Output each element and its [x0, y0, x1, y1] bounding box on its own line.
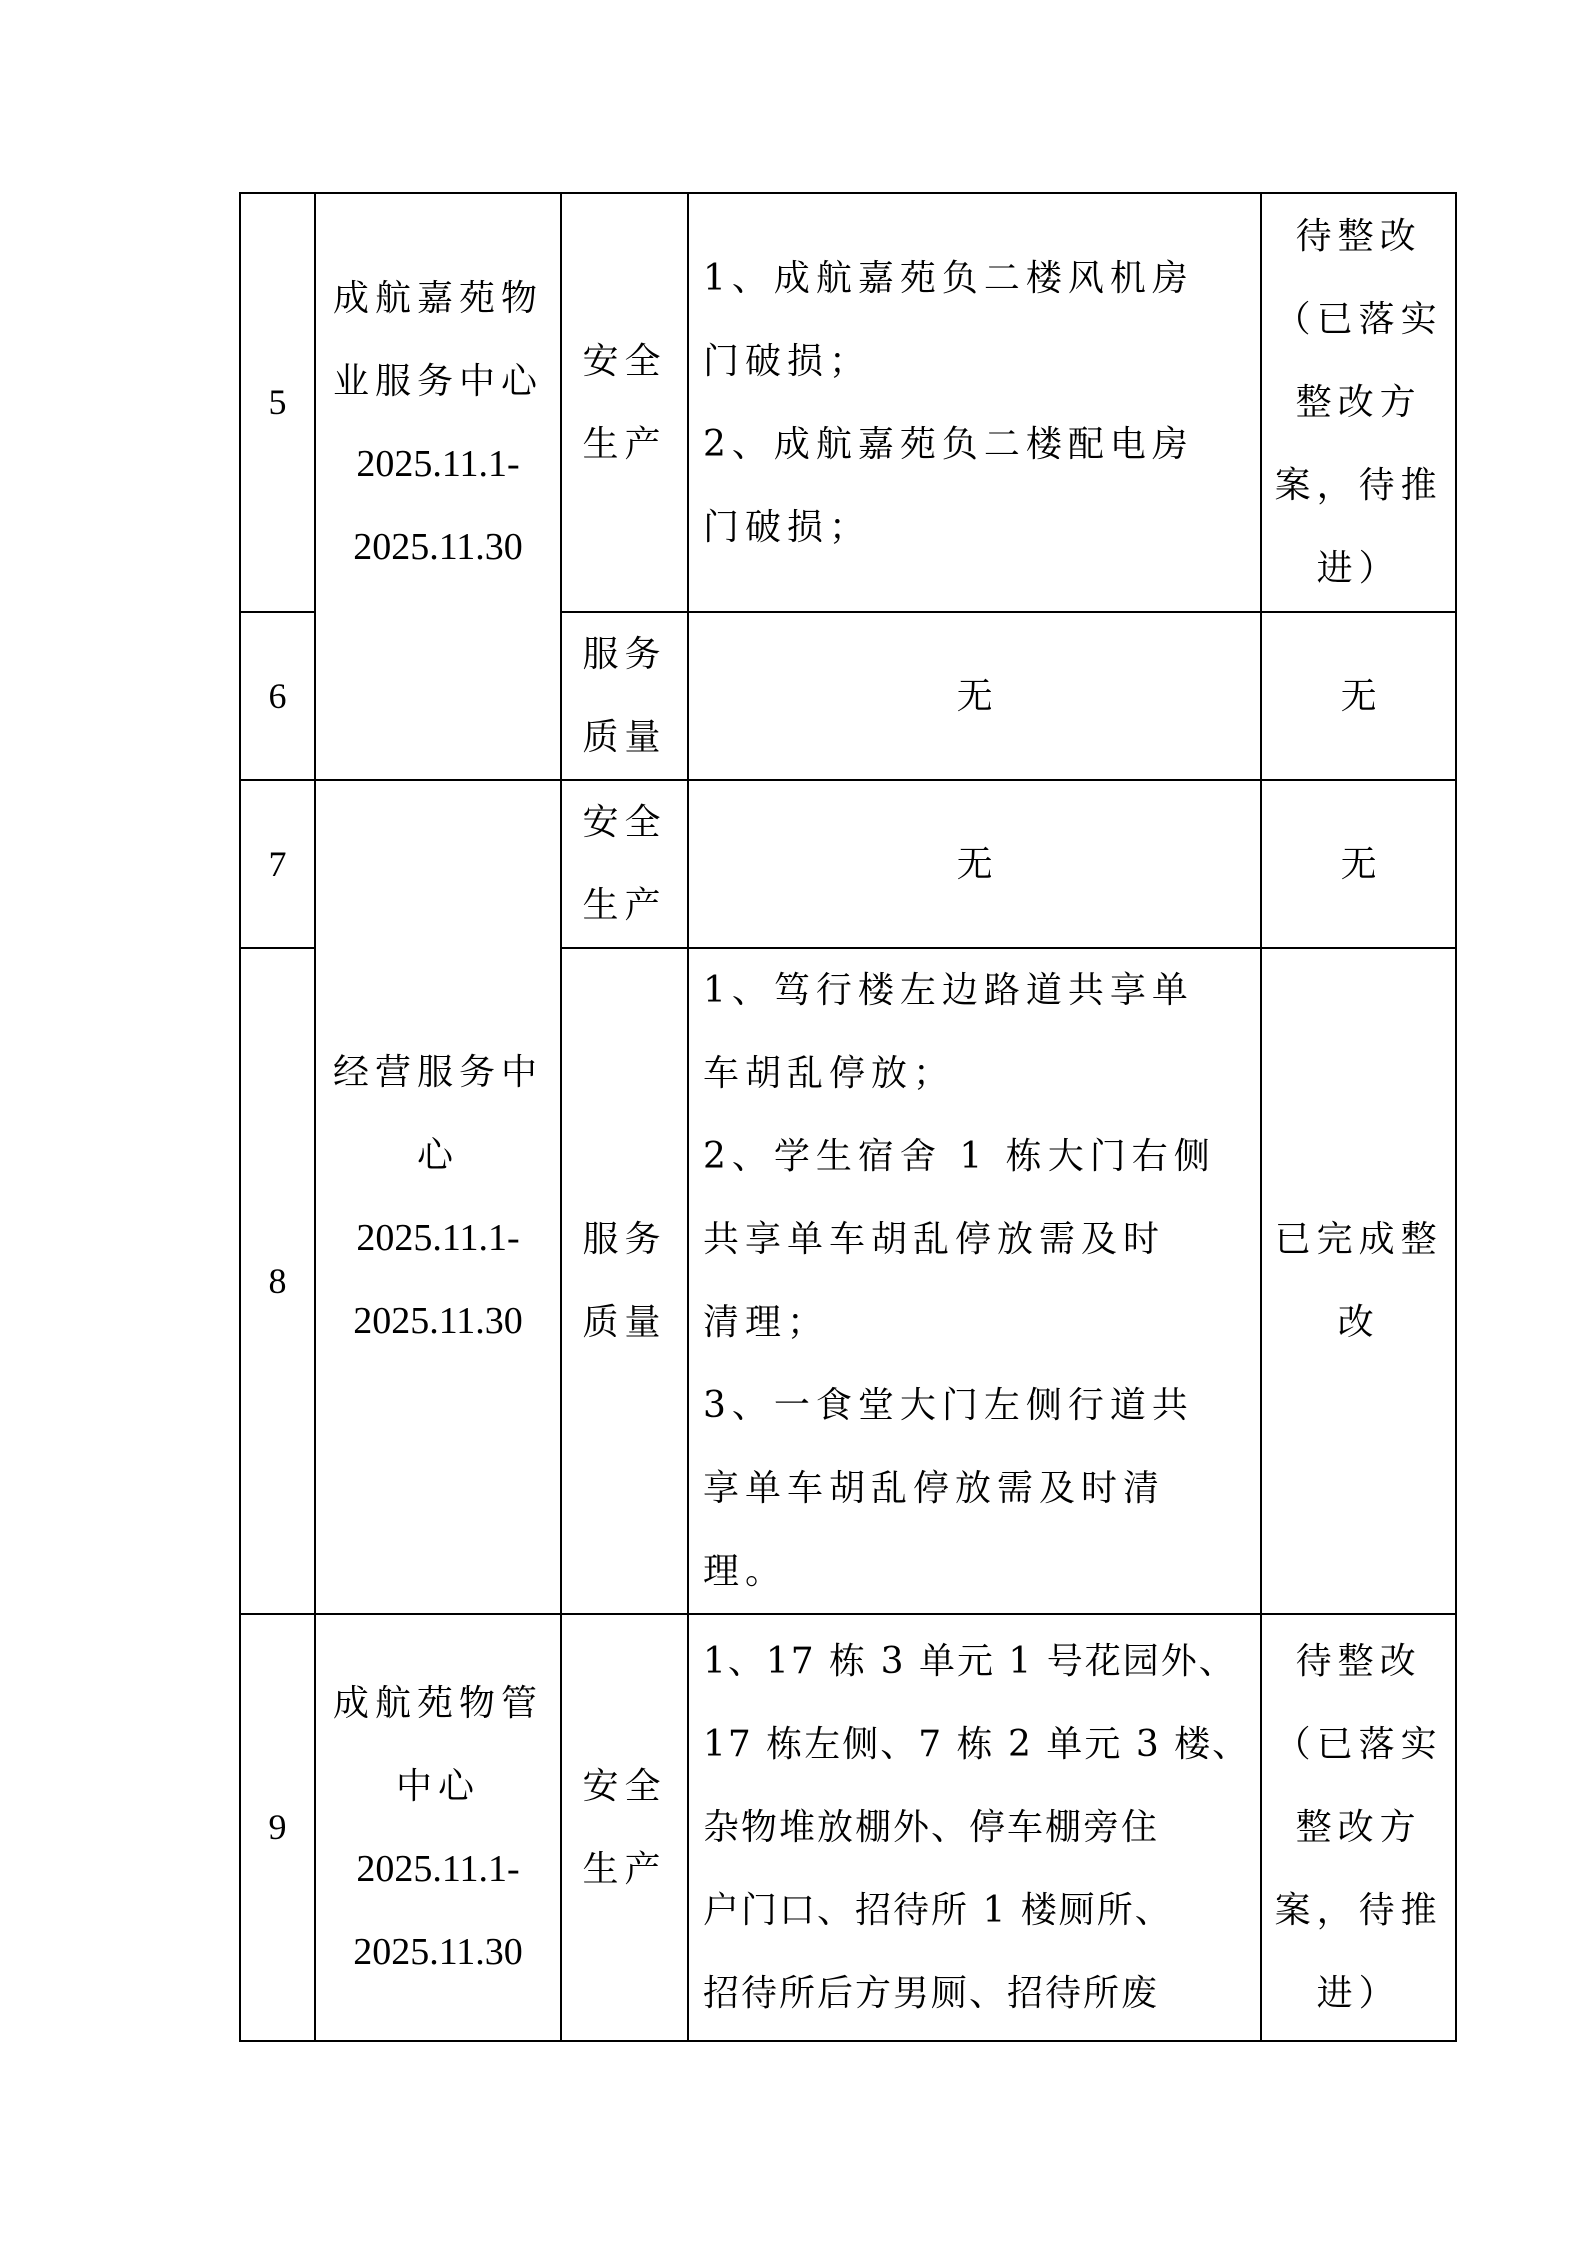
issue-line: 门破损； [703, 486, 1250, 569]
unit-line: 成航嘉苑物 [316, 257, 560, 340]
issue-line: 1、笃行楼左边路道共享单 [703, 949, 1250, 1032]
issue-line: 共享单车胡乱停放需及时 [703, 1198, 1250, 1281]
unit-date-start: 2025.11.1- [316, 423, 560, 506]
unit-cell: 成航苑物管 中心 2025.11.1- 2025.11.30 [315, 1614, 561, 2041]
status-line: 进） [1262, 1952, 1455, 2035]
row-number: 6 [240, 612, 315, 780]
row-number: 8 [240, 948, 315, 1614]
category-line: 安全 [562, 1745, 687, 1828]
table-row-7: 7 经营服务中 心 2025.11.1- 2025.11.30 安全 生产 无 … [240, 780, 1456, 948]
issue-line: 清理； [703, 1281, 1250, 1364]
status-cell: 待整改 （已落实 整改方 案，待推 进） [1261, 193, 1456, 612]
status-cell: 待整改 （已落实 整改方 案，待推 进） [1261, 1614, 1456, 2041]
unit-date-start: 2025.11.1- [316, 1828, 560, 1911]
unit-date-end: 2025.11.30 [316, 1280, 560, 1363]
unit-cell: 经营服务中 心 2025.11.1- 2025.11.30 [315, 780, 561, 1614]
unit-line: 成航苑物管 [316, 1662, 560, 1745]
issue-line: 1、17 栋 3 单元 1 号花园外、 [703, 1620, 1250, 1703]
status-line: 案，待推 [1262, 444, 1455, 527]
category-cell: 服务 质量 [561, 612, 688, 780]
issues-cell: 无 [688, 780, 1261, 948]
issue-line: 17 栋左侧、7 栋 2 单元 3 楼、 [703, 1703, 1250, 1786]
table-row-9: 9 成航苑物管 中心 2025.11.1- 2025.11.30 安全 生产 1… [240, 1614, 1456, 2041]
category-line: 质量 [562, 1281, 687, 1364]
issues-cell: 1、笃行楼左边路道共享单 车胡乱停放； 2、学生宿舍 1 栋大门右侧 共享单车胡… [688, 948, 1261, 1614]
category-line: 安全 [562, 781, 687, 864]
issue-line: 户门口、招待所 1 楼厕所、 [703, 1869, 1250, 1952]
category-cell: 安全 生产 [561, 1614, 688, 2041]
category-line: 服务 [562, 613, 687, 696]
row-number: 9 [240, 1614, 315, 2041]
unit-cell: 成航嘉苑物 业服务中心 2025.11.1- 2025.11.30 [315, 193, 561, 780]
issues-cell: 无 [688, 612, 1261, 780]
issue-line: 享单车胡乱停放需及时清 [703, 1447, 1250, 1530]
issue-line: 理。 [703, 1530, 1250, 1613]
category-line: 质量 [562, 696, 687, 779]
issue-line: 3、一食堂大门左侧行道共 [703, 1364, 1250, 1447]
status-line: 案，待推 [1262, 1869, 1455, 1952]
table-row-5: 5 成航嘉苑物 业服务中心 2025.11.1- 2025.11.30 安全 生… [240, 193, 1456, 612]
issue-line: 1、成航嘉苑负二楼风机房 [703, 237, 1250, 320]
category-cell: 服务 质量 [561, 948, 688, 1614]
unit-line: 中心 [316, 1745, 560, 1828]
status-line: 改 [1262, 1281, 1455, 1364]
status-line: 待整改 [1262, 195, 1455, 278]
unit-date-end: 2025.11.30 [316, 506, 560, 589]
unit-date-end: 2025.11.30 [316, 1911, 560, 1994]
issues-cell: 1、成航嘉苑负二楼风机房 门破损； 2、成航嘉苑负二楼配电房 门破损； [688, 193, 1261, 612]
unit-line: 心 [316, 1114, 560, 1197]
status-line: 进） [1262, 527, 1455, 610]
status-cell: 无 [1261, 612, 1456, 780]
status-line: 已完成整 [1262, 1198, 1455, 1281]
issue-line: 杂物堆放棚外、停车棚旁住 [703, 1786, 1250, 1869]
status-line: （已落实 [1262, 278, 1455, 361]
status-cell: 已完成整 改 [1261, 948, 1456, 1614]
row-number: 5 [240, 193, 315, 612]
status-line: （已落实 [1262, 1703, 1455, 1786]
issue-line: 招待所后方男厕、招待所废 [703, 1952, 1250, 2035]
row-number: 7 [240, 780, 315, 948]
unit-line: 业服务中心 [316, 340, 560, 423]
status-cell: 无 [1261, 780, 1456, 948]
rectification-table: 5 成航嘉苑物 业服务中心 2025.11.1- 2025.11.30 安全 生… [239, 192, 1457, 2042]
status-line: 待整改 [1262, 1620, 1455, 1703]
category-cell: 安全 生产 [561, 780, 688, 948]
category-line: 安全 [562, 320, 687, 403]
category-line: 生产 [562, 864, 687, 947]
category-cell: 安全 生产 [561, 193, 688, 612]
status-line: 整改方 [1262, 1786, 1455, 1869]
unit-date-start: 2025.11.1- [316, 1197, 560, 1280]
unit-line: 经营服务中 [316, 1031, 560, 1114]
issues-cell: 1、17 栋 3 单元 1 号花园外、 17 栋左侧、7 栋 2 单元 3 楼、… [688, 1614, 1261, 2041]
category-line: 服务 [562, 1198, 687, 1281]
category-line: 生产 [562, 403, 687, 486]
status-line: 整改方 [1262, 361, 1455, 444]
issue-line: 2、学生宿舍 1 栋大门右侧 [703, 1115, 1250, 1198]
category-line: 生产 [562, 1828, 687, 1911]
issue-line: 2、成航嘉苑负二楼配电房 [703, 403, 1250, 486]
issue-line: 车胡乱停放； [703, 1032, 1250, 1115]
issue-line: 门破损； [703, 320, 1250, 403]
